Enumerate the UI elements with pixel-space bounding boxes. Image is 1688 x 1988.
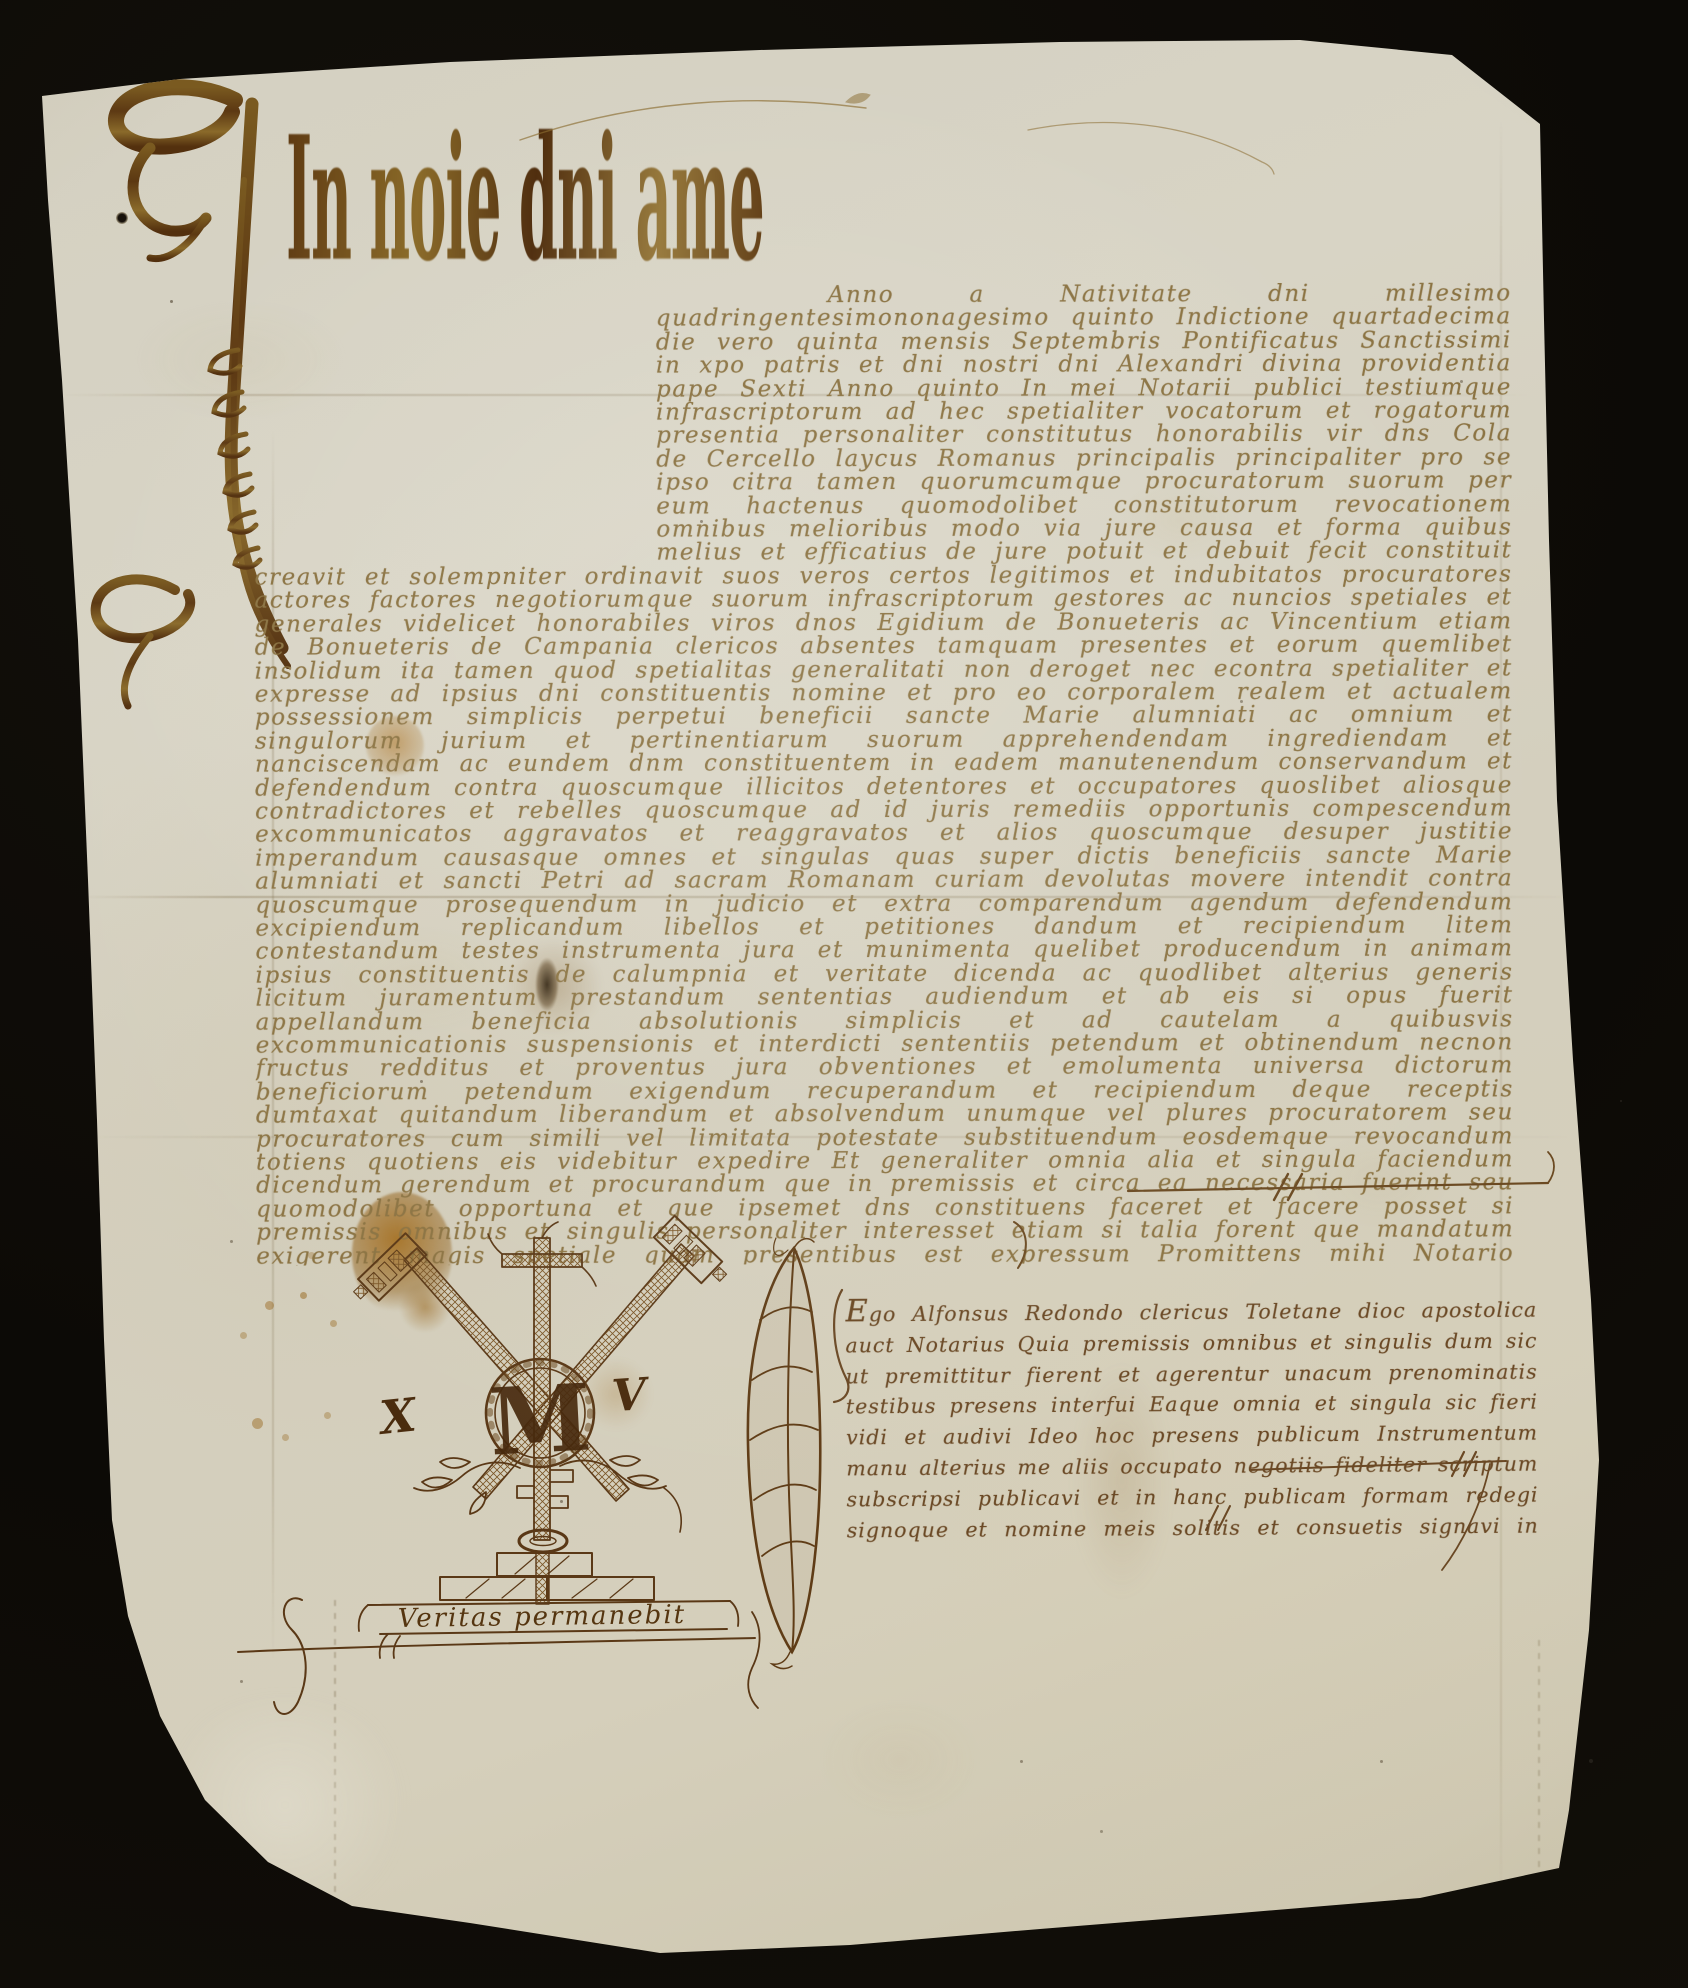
amber-stain-medium: [398, 1282, 452, 1332]
cross-shaft: [534, 1238, 550, 1540]
banner-flourish: [238, 1598, 760, 1714]
worm-hole: [116, 212, 128, 224]
faint-stain-near-sign: [580, 1358, 652, 1430]
attestation-text: Ego Alfonsus Redondo clericus Toletane d…: [845, 1292, 1539, 1549]
sign-circle-inner: [495, 1368, 585, 1458]
photo-background: In noie dni ame Anno a Nativitate dni mi…: [0, 0, 1688, 1988]
foliage-left: [414, 1458, 520, 1514]
foliage-right: [560, 1456, 681, 1532]
corner-highlight: [150, 1700, 420, 1910]
pedestal: [359, 1553, 739, 1658]
stitch-crease-bottom-left: [334, 1600, 336, 1910]
stain-droplets: [300, 1292, 307, 1299]
stitch-crease-bottom-right: [1538, 1640, 1540, 1960]
edge-dark-spot: [0, 0, 22, 32]
sign-letter-v: V: [610, 1369, 651, 1423]
notary-attestation: Ego Alfonsus Redondo clericus Toletane d…: [845, 1292, 1539, 1549]
sign-circle-outer: [486, 1359, 594, 1467]
hairline-flourish-right: [1028, 123, 1274, 174]
latin-script: Anno a Nativitate dni millesimo quadring…: [254, 282, 1515, 1265]
key-bow: [519, 1530, 567, 1552]
main-text-block: Anno a Nativitate dni millesimo quadring…: [254, 282, 1515, 1265]
sign-monogram-m: M: [487, 1363, 594, 1476]
right-key-shaft: [473, 1244, 694, 1499]
sign-letter-x: X: [374, 1387, 420, 1445]
key-wards: [517, 1470, 573, 1508]
ink-specks: [170, 300, 173, 303]
sign-circle-ticks: [490, 1363, 590, 1463]
parchment-sheet: In noie dni ame Anno a Nativitate dni mi…: [0, 0, 1688, 1988]
left-key-shaft: [404, 1248, 629, 1501]
hairline-leaf: [846, 94, 870, 104]
quill-drawing: [690, 1225, 870, 1685]
header-text: In noie dni ame: [286, 100, 764, 301]
gothic-header: In noie dni ame: [286, 100, 764, 301]
sign-motto: Veritas permanebit: [398, 1600, 687, 1634]
